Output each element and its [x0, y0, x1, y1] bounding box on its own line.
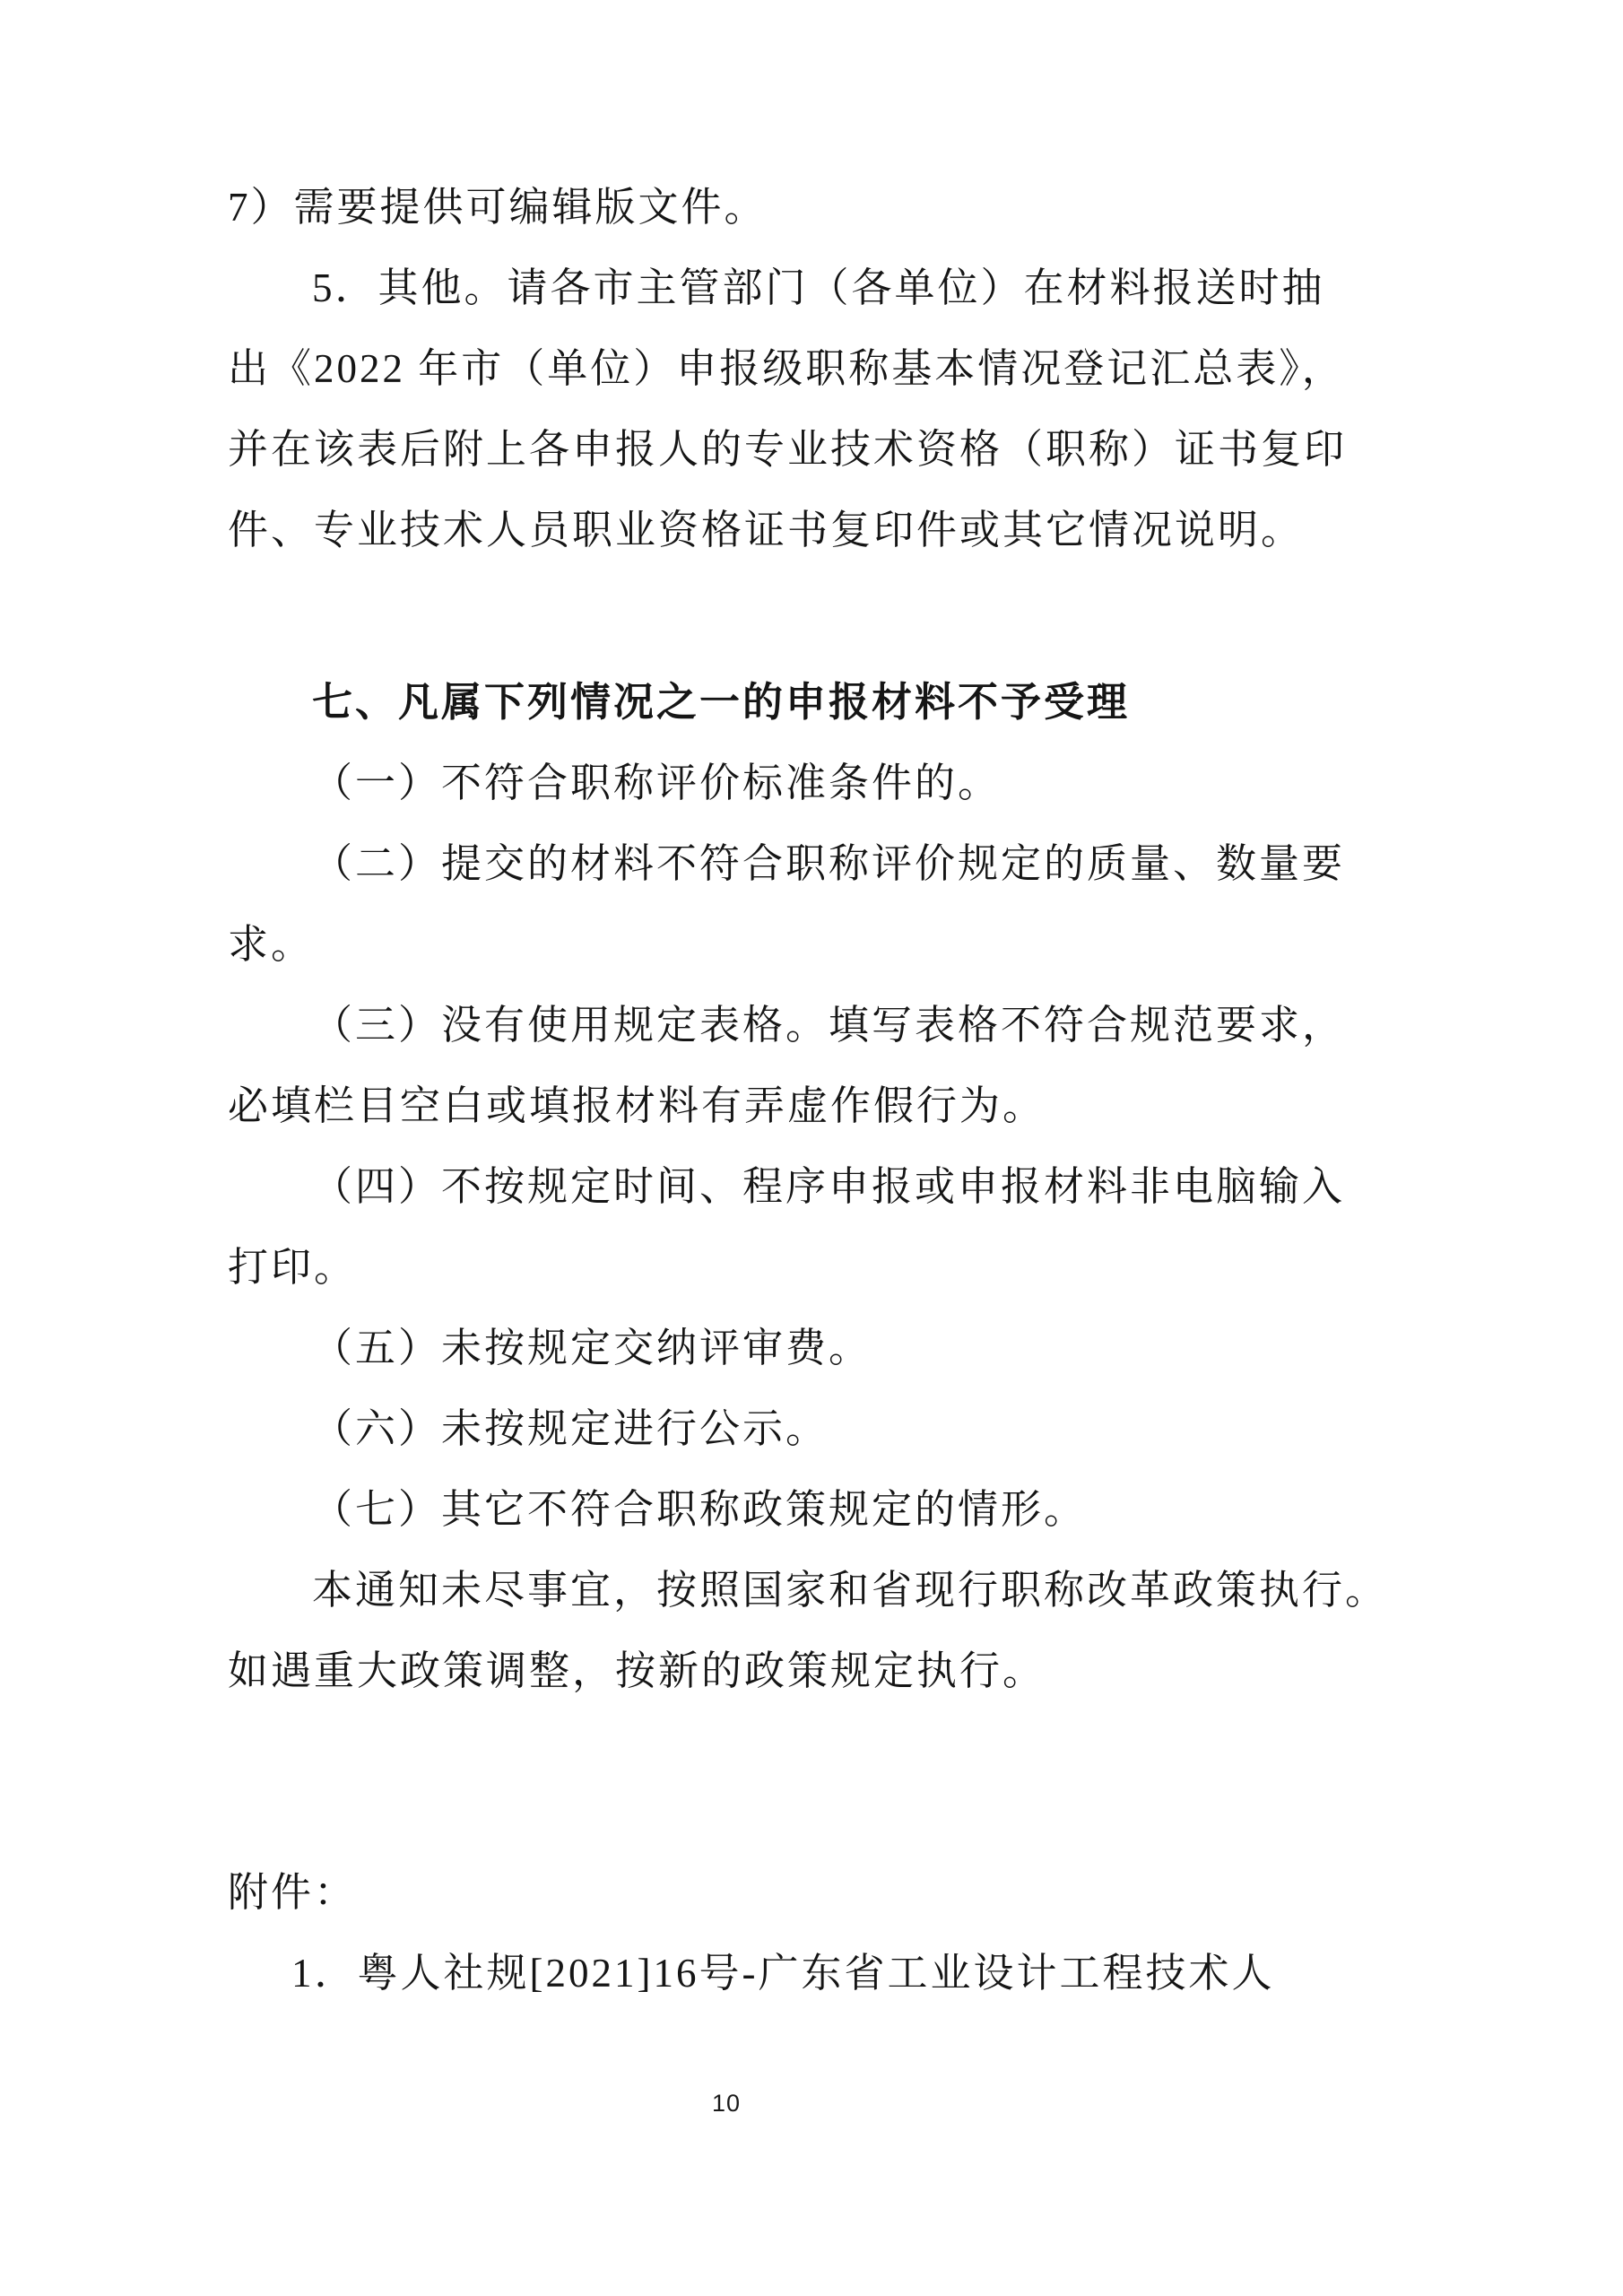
body-line: 出《2022 年市（单位）申报级职称基本情况登记汇总表》，	[228, 328, 1411, 409]
body-line: 求。	[228, 904, 1411, 985]
body-line: （六）未按规定进行公示。	[228, 1388, 1411, 1469]
page-number: 10	[0, 2090, 1453, 2117]
body-line: （五）未按规定交纳评审费。	[228, 1308, 1411, 1388]
body-line: 件、专业技术人员职业资格证书复印件或其它情况说明。	[228, 490, 1411, 570]
blank-line	[228, 570, 1411, 662]
body-line: （二）提交的材料不符合职称评价规定的质量、数量要	[228, 823, 1411, 904]
body-line: 如遇重大政策调整，按新的政策规定执行。	[228, 1631, 1411, 1711]
attachment-item: 1．粤人社规[2021]16号-广东省工业设计工程技术人	[228, 1933, 1411, 2013]
body-line: 本通知未尽事宜，按照国家和省现行职称改革政策执行。	[228, 1550, 1411, 1631]
blank-line	[228, 1711, 1411, 1852]
body-line: 必填栏目空白或填报材料有弄虚作假行为。	[228, 1065, 1411, 1146]
body-line: （三）没有使用规定表格。填写表格不符合规范要求，	[228, 985, 1411, 1065]
body-line: （一）不符合职称评价标准条件的。	[228, 743, 1411, 823]
attachments-label: 附件：	[228, 1852, 1411, 1933]
body-line: 5．其他。请各市主管部门（各单位）在材料报送时抽	[228, 248, 1411, 328]
body-line: 7）需要提供可编辑版文件。	[228, 167, 1411, 248]
body-line: 打印。	[228, 1227, 1411, 1308]
body-line: （七）其它不符合职称政策规定的情形。	[228, 1469, 1411, 1550]
document-page: 7）需要提供可编辑版文件。 5．其他。请各市主管部门（各单位）在材料报送时抽 出…	[0, 0, 1623, 2296]
document-body: 7）需要提供可编辑版文件。 5．其他。请各市主管部门（各单位）在材料报送时抽 出…	[228, 167, 1411, 2013]
body-line: 并在该表后附上各申报人的专业技术资格（职称）证书复印	[228, 409, 1411, 490]
body-line: （四）不按规定时间、程序申报或申报材料非电脑输入	[228, 1146, 1411, 1227]
section-heading: 七、凡属下列情况之一的申报材料不予受理	[228, 662, 1411, 743]
